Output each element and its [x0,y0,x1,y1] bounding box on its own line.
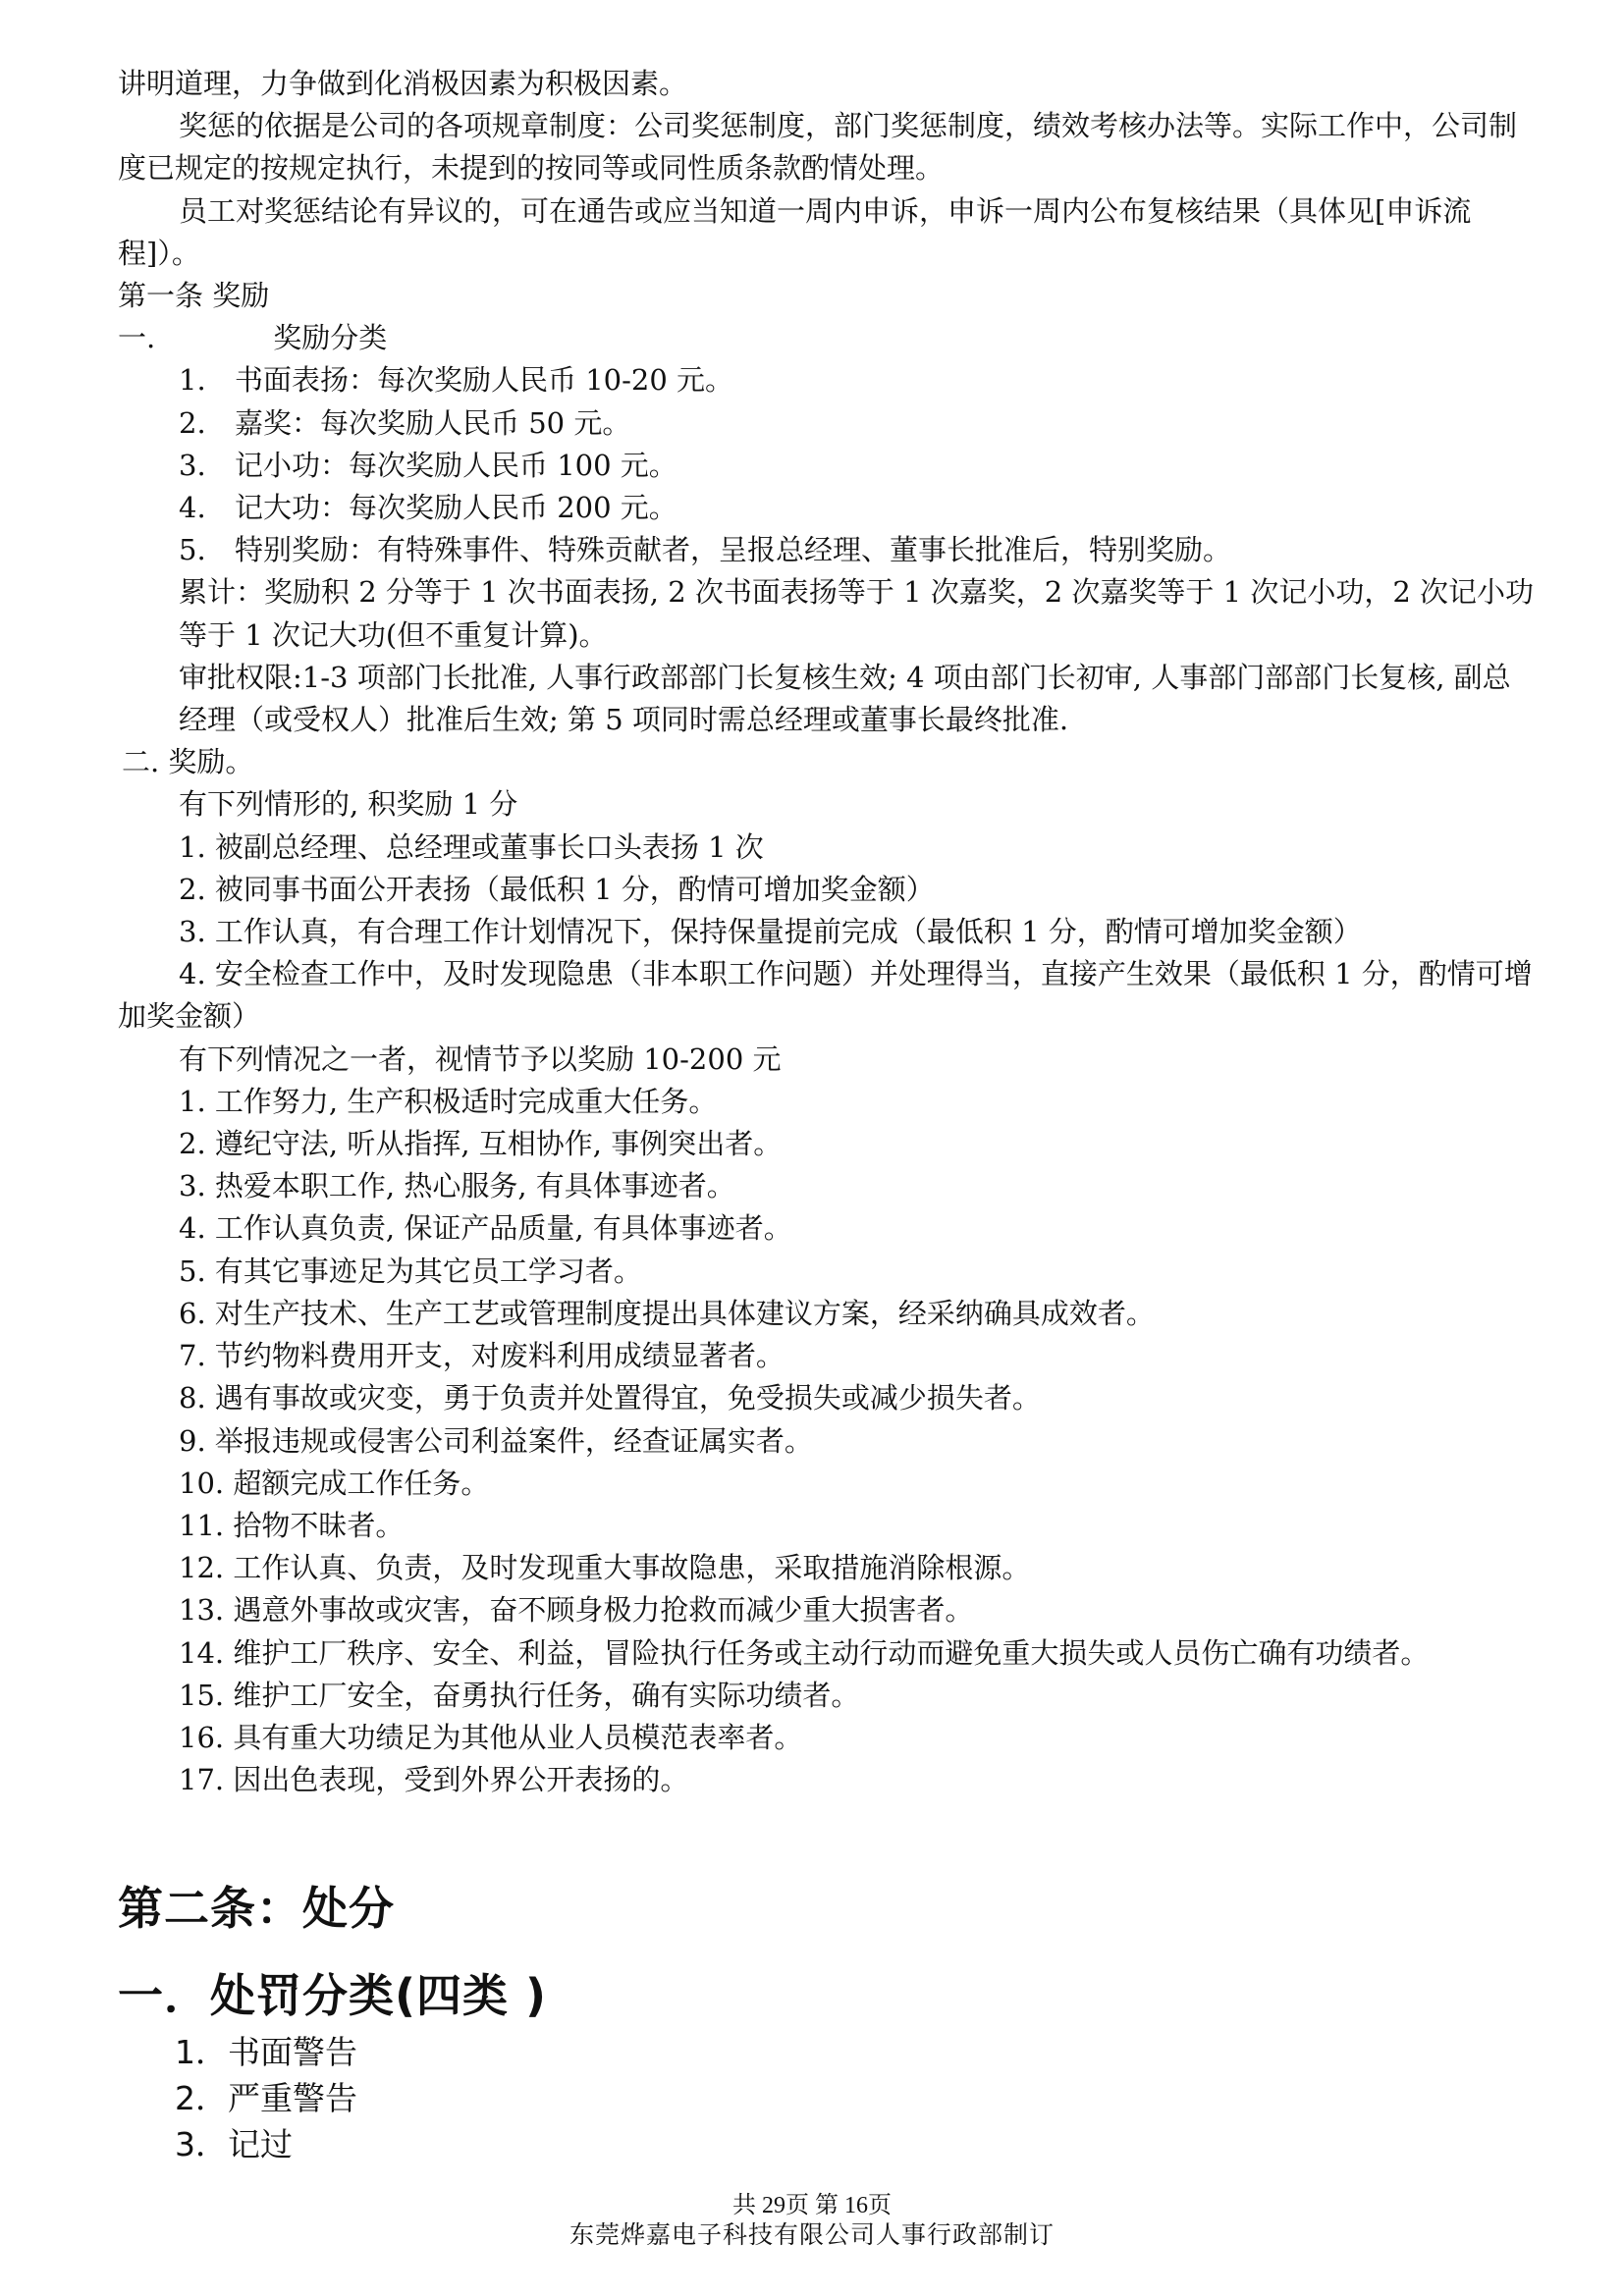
document-page: 讲明道理，力争做到化消极因素为积极因素。 奖惩的依据是公司的各项规章制度：公司奖… [0,0,1624,2296]
reward-notes: 累计：奖励积 2 分等于 1 次书面表扬, 2 次书面表扬等于 1 次嘉奖，2 … [118,571,1534,741]
page-footer: 共 29页 第 16页 东莞烨嘉电子科技有限公司人事行政部制订 [0,2191,1624,2252]
cash-item: 12. 工作认真、负责，及时发现重大事故隐患，采取措施消除根源。 [179,1547,1534,1589]
document-body: 讲明道理，力争做到化消极因素为积极因素。 奖惩的依据是公司的各项规章制度：公司奖… [118,63,1534,1801]
points-item: 3. 工作认真，有合理工作计划情况下，保持保量提前完成（最低积 1 分，酌情可增… [179,911,1534,953]
cash-item: 5. 有其它事迹足为其它员工学习者。 [179,1251,1534,1293]
article2-section1-title: 一．处罚分类(四类 ) [118,1960,547,2025]
approval-authority-note: 审批权限:1-3 项部门长批准, 人事行政部部门长复核生效; 4 项由部门长初审… [179,657,1534,741]
cash-item: 2. 遵纪守法, 听从指挥, 互相协作, 事例突出者。 [179,1123,1534,1165]
reward-category-item: 1.书面表扬：每次奖励人民币 10-20 元。 [179,359,1534,401]
cash-reward-block: 有下列情况之一者，视情节予以奖励 10-200 元 1. 工作努力, 生产积极适… [118,1039,1534,1632]
cash-item: 13. 遇意外事故或灾害，奋不顾身极力抢救而减少重大损害者。 [179,1589,1534,1631]
reward-category-item: 2.嘉奖：每次奖励人民币 50 元。 [179,402,1534,445]
cash-item: 4. 工作认真负责, 保证产品质量, 有具体事迹者。 [179,1207,1534,1250]
cash-item: 14. 维护工厂秩序、安全、利益，冒险执行任务或主动行动而避免重大损失或人员伤亡… [118,1632,1534,1675]
cumulative-note: 累计：奖励积 2 分等于 1 次书面表扬, 2 次书面表扬等于 1 次嘉奖，2 … [179,571,1534,656]
points-item: 2. 被同事书面公开表扬（最低积 1 分，酌情可增加奖金额） [179,869,1534,911]
section1-number: 一. [118,321,155,354]
cash-item: 3. 热爱本职工作, 热心服务, 有具体事迹者。 [179,1165,1534,1207]
points-item: 1. 被副总经理、总经理或董事长口头表扬 1 次 [179,827,1534,869]
punishment-item: 3．记过 [175,2121,357,2167]
cash-item: 16. 具有重大功绩足为其他从业人员模范表率者。 [179,1717,1534,1759]
section2-heading: 二. 奖励。 [118,741,1534,783]
reward-category-item: 5.特别奖励：有特殊事件、特殊贡献者，呈报总经理、董事长批准后，特别奖励。 [179,529,1534,571]
reward-category-item: 3.记小功：每次奖励人民币 100 元。 [179,445,1534,487]
cash-item: 1. 工作努力, 生产积极适时完成重大任务。 [179,1081,1534,1123]
cash-item: 8. 遇有事故或灾变，勇于负责并处置得宜，免受损失或减少损失者。 [179,1377,1534,1419]
cash-item: 6. 对生产技术、生产工艺或管理制度提出具体建议方案，经采纳确具成效者。 [179,1293,1534,1335]
reward-category-list: 1.书面表扬：每次奖励人民币 10-20 元。 2.嘉奖：每次奖励人民币 50 … [118,359,1534,571]
cash-item: 7. 节约物料费用开支，对废料利用成绩显著者。 [179,1335,1534,1377]
article2-title: 第二条：处分 [118,1873,395,1938]
page-number: 共 29页 第 16页 [0,2191,1624,2220]
points-item: 4. 安全检查工作中，及时发现隐患（非本职工作问题）并处理得当，直接产生效果（最… [118,953,1534,1038]
article1-title: 第一条 奖励 [118,275,1534,317]
footer-organization: 东莞烨嘉电子科技有限公司人事行政部制订 [0,2220,1624,2252]
punishment-category-list: 1．书面警告 2．严重警告 3．记过 [175,2029,357,2167]
section1-heading: 一.奖励分类 [118,317,1534,359]
intro-appeal-paragraph: 员工对奖惩结论有异议的，可在通告或应当知道一周内申诉，申诉一周内公布复核结果（具… [118,190,1534,275]
points-intro: 有下列情形的, 积奖励 1 分 [179,783,1534,826]
cash-item: 9. 举报违规或侵害公司利益案件，经查证属实者。 [179,1420,1534,1463]
cash-item: 15. 维护工厂安全，奋勇执行任务，确有实际功绩者。 [179,1675,1534,1717]
cash-item: 10. 超额完成工作任务。 [179,1463,1534,1505]
intro-continuation: 讲明道理，力争做到化消极因素为积极因素。 [118,63,1534,105]
cash-item: 17. 因出色表现，受到外界公开表扬的。 [179,1759,1534,1801]
punishment-item: 1．书面警告 [175,2029,357,2075]
section1-title: 奖励分类 [273,321,387,354]
points-intro-block: 有下列情形的, 积奖励 1 分 1. 被副总经理、总经理或董事长口头表扬 1 次… [118,783,1534,953]
cash-reward-block-tail: 15. 维护工厂安全，奋勇执行任务，确有实际功绩者。 16. 具有重大功绩足为其… [118,1675,1534,1802]
cash-intro: 有下列情况之一者，视情节予以奖励 10-200 元 [179,1039,1534,1081]
intro-basis-paragraph: 奖惩的依据是公司的各项规章制度：公司奖惩制度，部门奖惩制度，绩效考核办法等。实际… [118,105,1534,189]
punishment-item: 2．严重警告 [175,2075,357,2121]
reward-category-item: 4.记大功：每次奖励人民币 200 元。 [179,487,1534,529]
cash-item: 11. 拾物不昧者。 [179,1505,1534,1547]
